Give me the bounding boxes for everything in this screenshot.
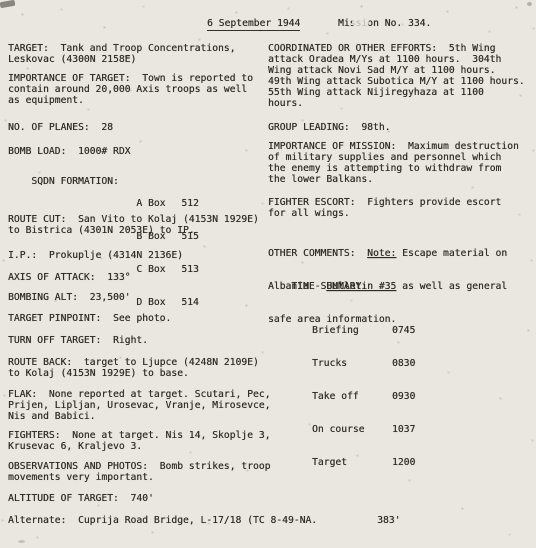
route-out-section: ROUTE CUT: San Vito to Kolaj (4153N 1929… (8, 214, 259, 236)
ink-blot (18, 540, 25, 543)
alternate-label: Alternate: (8, 515, 66, 526)
ip-label: I.P.: (8, 250, 37, 261)
fighter-escort-label: FIGHTER ESCORT: (268, 197, 356, 208)
ip-value: Prokuplje (4314N 2136E) (37, 250, 183, 261)
sqdn-row: D Box514 (136, 297, 199, 308)
document-page: 6 September 1944 Mission No. 334. TARGET… (0, 0, 536, 548)
scan-corner-mark (0, 0, 15, 8)
importance-of-target-section: IMPORTANCE OF TARGET: Town is reported t… (8, 73, 253, 106)
time-value: 0745 (392, 325, 415, 336)
importance-of-mission-label: IMPORTANCE OF MISSION: (268, 141, 396, 152)
other-comments-label: OTHER COMMENTS: (268, 248, 367, 259)
fighters-section: FIGHTERS: None at target. Nis 14, Skoplj… (8, 430, 270, 452)
time-event: Briefing (312, 325, 392, 336)
flak-label: FLAK: (8, 389, 37, 400)
coordinated-efforts-label: COORDINATED OR OTHER EFFORTS: (268, 43, 437, 54)
paper-noise-texture (0, 0, 1, 1)
group-leading-section: GROUP LEADING: 98th. (268, 122, 390, 133)
target-label: TARGET: (8, 43, 49, 54)
sqdn-box-name: C Box (136, 264, 181, 275)
time-value: 0930 (392, 391, 415, 402)
fighter-escort-section: FIGHTER ESCORT: Fighters provide escort … (268, 197, 501, 219)
time-summary-label: TIME SUMMARY: (291, 281, 367, 292)
time-event: Target (312, 457, 392, 468)
no-of-planes-label: NO. OF PLANES: (8, 122, 90, 133)
importance-of-target-label: IMPORTANCE OF TARGET: (8, 73, 130, 84)
ink-blot (527, 2, 532, 6)
turn-off-target-section: TURN OFF TARGET: Right. (8, 335, 148, 346)
importance-of-mission-section: IMPORTANCE OF MISSION: Maximum destructi… (268, 141, 519, 185)
sqdn-box-name: D Box (136, 297, 181, 308)
target-pinpoint-value: See photo. (101, 313, 171, 324)
group-leading-label: GROUP LEADING: (268, 122, 350, 133)
time-summary-table: Briefing0745 Trucks0830 Take off0930 On … (268, 303, 415, 490)
turn-off-target-label: TURN OFF TARGET: (8, 335, 101, 346)
route-back-label: ROUTE BACK: (8, 357, 72, 368)
bombing-alt-section: BOMBING ALT: 23,500' (8, 292, 131, 303)
time-summary-row: Target1200 (312, 457, 415, 468)
time-event: Trucks (312, 358, 392, 369)
alternate-value: Cuprija Road Bridge, L-17/18 (TC 8-49-NA… (66, 515, 317, 526)
bombing-alt-label: BOMBING ALT: (8, 292, 78, 303)
alternate-section: Alternate: Cuprija Road Bridge, L-17/18 … (8, 515, 400, 526)
time-summary-section: TIME SUMMARY: Briefing0745 Trucks0830 Ta… (268, 270, 415, 512)
observations-label: OBSERVATIONS AND PHOTOS: (8, 461, 148, 472)
time-summary-row: Briefing0745 (312, 325, 415, 336)
flak-section: FLAK: None reported at target. Scutari, … (8, 389, 270, 422)
no-of-planes-section: NO. OF PLANES: 28 (8, 122, 113, 133)
sqdn-row: C Box513 (136, 264, 199, 275)
time-value: 1037 (392, 424, 415, 435)
time-event: Take off (312, 391, 392, 402)
sqdn-formation-label: SQDN FORMATION: (31, 176, 136, 187)
time-summary-row: On course1037 (312, 424, 415, 435)
target-section: TARGET: Tank and Troop Concentrations, L… (8, 43, 235, 65)
flak-value: None reported at target. Scutari, Pec, P… (8, 389, 270, 422)
ink-smudge (352, 17, 369, 28)
time-summary-row: Trucks0830 (312, 358, 415, 369)
ip-section: I.P.: Prokuplje (4314N 2136E) (8, 250, 183, 261)
other-comments-line: OTHER COMMENTS: Note: Escape material on (268, 248, 507, 259)
fighters-label: FIGHTERS: (8, 430, 61, 441)
coordinated-efforts-section: COORDINATED OR OTHER EFFORTS: 5th Wing a… (268, 43, 525, 109)
time-summary-row: Take off0930 (312, 391, 415, 402)
bomb-load-value: 1000# RDX (66, 146, 130, 157)
axis-of-attack-value: 133° (96, 272, 131, 283)
observations-section: OBSERVATIONS AND PHOTOS: Bomb strikes, t… (8, 461, 270, 483)
sqdn-row: A Box512 (136, 198, 199, 209)
altitude-of-target-value: 740' (119, 493, 154, 504)
bomb-load-section: BOMB LOAD: 1000# RDX (8, 146, 130, 157)
time-value: 0830 (392, 358, 415, 369)
route-back-section: ROUTE BACK: target to Ljupce (4248N 2109… (8, 357, 259, 379)
bombing-alt-value: 23,500' (78, 292, 131, 303)
time-event: On course (312, 424, 392, 435)
no-of-planes-value: 28 (90, 122, 113, 133)
time-value: 1200 (392, 457, 415, 468)
route-out-label: ROUTE CUT: (8, 214, 66, 225)
altitude-of-target-section: ALTITUDE OF TARGET: 740' (8, 493, 154, 504)
other-comments-note: Note: (367, 248, 396, 259)
bomb-load-label: BOMB LOAD: (8, 146, 66, 157)
axis-of-attack-section: AXIS OF ATTACK: 133° (8, 272, 131, 283)
sqdn-box-name: A Box (136, 198, 181, 209)
turn-off-target-value: Right. (101, 335, 148, 346)
target-pinpoint-section: TARGET PINPOINT: See photo. (8, 313, 171, 324)
sqdn-box-value: 514 (181, 297, 199, 308)
target-pinpoint-label: TARGET PINPOINT: (8, 313, 101, 324)
sqdn-box-value: 513 (181, 264, 199, 275)
other-comments-text: Escape material on (396, 248, 507, 259)
document-date: 6 September 1944 (207, 18, 300, 31)
altitude-of-target-label: ALTITUDE OF TARGET: (8, 493, 119, 504)
axis-of-attack-label: AXIS OF ATTACK: (8, 272, 96, 283)
sqdn-box-value: 512 (181, 198, 199, 209)
group-leading-value: 98th. (350, 122, 391, 133)
alternate-altitude: 383' (317, 515, 400, 526)
